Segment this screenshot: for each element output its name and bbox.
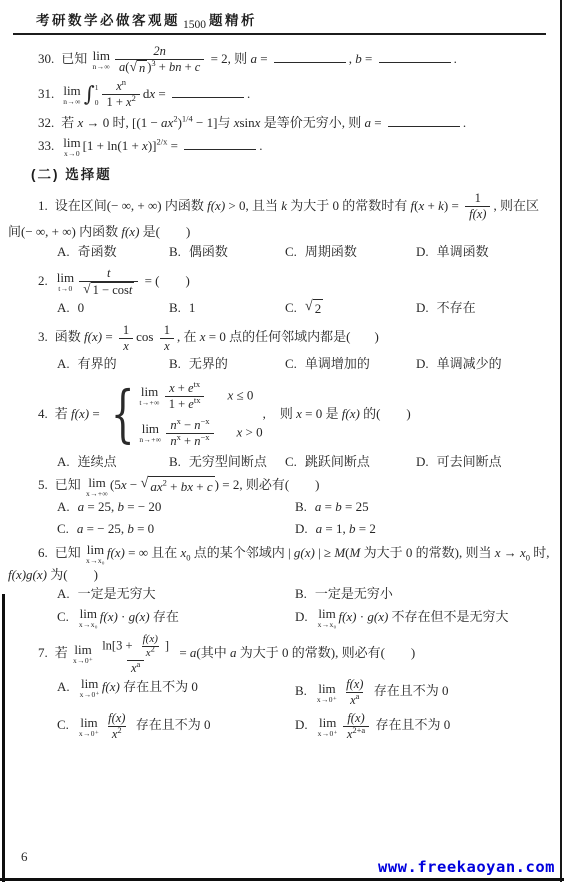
problem-formula: 若 f(x) = {limt→+∞x + etx1 + etxx ≤ 0limn…	[55, 406, 411, 421]
math-text: 1	[475, 191, 481, 205]
math-text: 设在区间(− ∞, + ∞) 内函数	[55, 198, 207, 213]
math-text: 是(	[139, 224, 160, 239]
option-content: a = 1, b = 2	[316, 521, 376, 536]
math-superscript: tx	[194, 394, 201, 404]
math-text: 1	[164, 323, 170, 337]
fraction: nx − n−xnx + n−x	[166, 418, 213, 449]
fraction: 1x	[160, 323, 174, 354]
problem-number: 33.	[38, 138, 54, 153]
math-text: =	[257, 51, 271, 66]
fraction: f(x)x2+a	[343, 711, 369, 742]
problem-number: 3.	[38, 329, 48, 344]
math-text: 存在且不为 0	[120, 679, 198, 694]
fraction-numerator: f(x)	[343, 711, 368, 726]
right-scan-border	[560, 0, 562, 882]
option: A.一定是无穷大	[57, 585, 295, 604]
limit-word: lim	[87, 543, 104, 556]
fraction-numerator: 1	[471, 191, 485, 206]
choice-problems-list: 1.设在区间(− ∞, + ∞) 内函数 f(x) > 0, 且当 k 为大于 …	[0, 191, 556, 742]
math-italic: ax	[161, 115, 173, 130]
math-superscript: 2	[117, 725, 121, 735]
limit-condition: t→0	[58, 285, 72, 293]
option-label: A.	[57, 586, 70, 601]
option-label: B.	[169, 244, 181, 259]
math-text: 已知	[55, 545, 84, 560]
option: A.连续点	[57, 453, 169, 472]
option-label: D.	[295, 717, 308, 732]
math-italic: f(x)	[207, 198, 225, 213]
problem-number: 7.	[38, 645, 48, 660]
fraction-numerator: x + etx	[165, 381, 204, 396]
fraction-denominator: 1 + etx	[165, 396, 205, 412]
math-text: +	[181, 60, 194, 74]
option-label: C.	[57, 521, 69, 536]
math-text: 时,	[530, 545, 550, 560]
math-text: − 1]与	[193, 115, 234, 130]
problem-stem: 4.若 f(x) = {limt→+∞x + etx1 + etxx ≤ 0li…	[8, 378, 550, 452]
math-text: =	[102, 329, 116, 344]
limit-condition: x→x₀	[79, 621, 98, 629]
fill-problem: 33.limx→0[1 + ln(1 + x)]2/x = .	[8, 136, 550, 158]
option-label: D.	[295, 521, 308, 536]
math-text: 为大于 0 的常数), 则必有(	[237, 645, 385, 660]
limit-operator: limx→0⁺	[73, 643, 93, 665]
integral-bounds: 10	[95, 83, 99, 106]
math-text: ]	[165, 638, 169, 652]
option-label: C.	[285, 300, 297, 315]
options-row: A.奇函数B.偶函数C.周期函数D.单调函数	[57, 243, 556, 262]
limit-operator: limn→∞	[93, 49, 111, 71]
choice-problem: 2.limt→0t√1 − cost = ()A.0B.1C.√2D.不存在	[0, 266, 556, 319]
problem-number: 4.	[38, 406, 48, 421]
fill-problems-list: 30.已知 limn→∞2na(√n)3 + bn + c = 2, 则 a =…	[0, 44, 556, 157]
math-text: 不存在但不是无穷大	[388, 609, 508, 624]
cases-brace: {	[111, 388, 135, 441]
math-text: )	[406, 406, 410, 421]
math-italic: f(x)	[469, 207, 486, 221]
math-italic: f(x)	[342, 406, 360, 421]
radicand: 1 − cost	[91, 282, 135, 298]
math-italic: n	[139, 61, 145, 75]
option-content: 偶函数	[189, 244, 228, 259]
limit-word: lim	[141, 385, 158, 398]
math-italic: t	[107, 266, 110, 280]
math-text: .	[454, 51, 457, 66]
option: C.单调增加的	[285, 355, 416, 374]
math-text: → 0 时, [(1 −	[83, 115, 161, 130]
math-text: −	[181, 418, 194, 432]
choice-problem: 6.已知 limx→x₀f(x) = ∞ 且在 x0 点的某个邻域内 | g(x…	[0, 543, 556, 629]
limit-condition: x→0⁺	[80, 691, 100, 699]
option: B.limx→0⁺f(x)xa 存在且不为 0	[295, 677, 556, 708]
math-text: →	[500, 545, 520, 560]
left-scan-border	[2, 594, 5, 882]
option-label: B.	[169, 300, 181, 315]
option-label: B.	[295, 586, 307, 601]
math-text: 跳跃间断点	[305, 454, 370, 469]
math-text: = 0 点的任何邻域内都是(	[206, 329, 351, 344]
math-text: = − 20	[124, 499, 161, 514]
fraction-denominator: a(√n)3 + bn + c	[115, 59, 204, 76]
square-root: √ax2 + bx + c	[141, 476, 215, 497]
math-text: 点的某个邻域内 |	[191, 545, 294, 560]
option: B.无穷型间断点	[169, 453, 285, 472]
option-content: 有界的	[78, 356, 117, 371]
math-text: [1 + ln(1 +	[83, 138, 142, 153]
fraction-numerator: ln[3 + f(x)x2]	[98, 633, 173, 660]
option-content: 无穷型间断点	[189, 454, 267, 469]
option-content: limx→0⁺f(x)x2+a 存在且不为 0	[316, 717, 451, 732]
fraction: f(x)x2	[139, 633, 162, 660]
option: A.a = 25, b = − 20	[57, 498, 295, 517]
option-label: B.	[295, 499, 307, 514]
limit-word: lim	[318, 682, 335, 695]
math-text: 1	[189, 300, 196, 315]
option-content: a = 25, b = − 20	[78, 499, 162, 514]
math-text: 有界的	[78, 356, 117, 371]
option-content: 单调减少的	[437, 356, 502, 371]
math-text: = 25	[342, 499, 369, 514]
math-italic: M	[350, 545, 361, 560]
page-number: 6	[21, 849, 28, 865]
option-content: limx→x₀f(x) · g(x) 存在	[77, 609, 179, 624]
math-italic: g(x)	[367, 609, 388, 624]
option: D.单调减少的	[416, 355, 502, 374]
math-text: 奇函数	[78, 244, 117, 259]
fraction-numerator: 2n	[149, 44, 170, 59]
math-italic: f(x)	[346, 677, 363, 691]
problem-formula: 已知 limx→+∞(5x − √ax2 + bx + c) = 2, 则必有(…	[55, 477, 320, 492]
math-text: 存在且不为 0	[372, 717, 450, 732]
math-text: )	[94, 567, 98, 582]
math-italic: g(x)	[294, 545, 315, 560]
math-italic: f(x)	[102, 679, 120, 694]
limit-condition: x→0⁺	[73, 657, 93, 665]
math-italic: f(x)	[107, 545, 125, 560]
math-text: 若	[61, 115, 77, 130]
option-content: 不存在	[437, 300, 476, 315]
option: D.可去间断点	[416, 453, 502, 472]
option: A.0	[57, 299, 169, 319]
fraction-denominator: f(x)	[465, 206, 490, 222]
math-text: > 0	[242, 424, 262, 439]
option-label: A.	[57, 679, 70, 694]
answer-blank	[379, 51, 451, 63]
options-row: A.limx→0⁺f(x) 存在且不为 0B.limx→0⁺f(x)xa 存在且…	[57, 677, 556, 742]
limit-word: lim	[319, 716, 336, 729]
option-label: D.	[295, 609, 308, 624]
bottom-scan-border	[0, 878, 564, 881]
math-text: = 0 是	[302, 406, 342, 421]
limit-operator: limx→0⁺	[317, 682, 337, 704]
math-text: ln[3 +	[102, 638, 135, 652]
integral-lower: 0	[95, 99, 99, 107]
fraction: xn1 + x2	[102, 79, 139, 110]
option-content: a = − 25, b = 0	[77, 521, 154, 536]
limit-condition: x→x₀	[318, 621, 337, 629]
choice-problem: 4.若 f(x) = {limt→+∞x + etx1 + etxx ≤ 0li…	[0, 378, 556, 472]
math-text: +	[167, 479, 181, 494]
math-text: > 0, 且当	[225, 198, 281, 213]
math-text: 存在	[150, 609, 179, 624]
piecewise-cases: {limt→+∞x + etx1 + etxx ≤ 0limn→+∞nx − n…	[103, 378, 263, 452]
problem-number: 6.	[38, 545, 48, 560]
fraction-denominator: xa	[127, 660, 144, 676]
math-text: .	[463, 115, 466, 130]
math-text: 函数	[55, 329, 84, 344]
problem-number: 1.	[38, 198, 48, 213]
option-label: B.	[169, 454, 181, 469]
option-label: C.	[57, 609, 69, 624]
math-text: ,	[263, 406, 266, 421]
limit-condition: n→+∞	[139, 436, 161, 444]
option-content: √2	[305, 300, 323, 315]
choice-problem: 5.已知 limx→+∞(5x − √ax2 + bx + c) = 2, 则必…	[0, 475, 556, 538]
math-superscript: tx	[194, 378, 201, 388]
math-text: , 在	[177, 329, 200, 344]
fraction-denominator: x	[119, 338, 133, 354]
problem-formula: limx→0[1 + ln(1 + x)]2/x = .	[61, 138, 262, 153]
math-text: 连续点	[78, 454, 117, 469]
math-text: = (	[141, 273, 159, 288]
limit-condition: n→∞	[93, 63, 111, 71]
problem-number: 30.	[38, 51, 54, 66]
math-text: )	[186, 273, 190, 288]
problem-stem: 5.已知 limx→+∞(5x − √ax2 + bx + c) = 2, 则必…	[8, 475, 550, 497]
math-text: = 1,	[322, 521, 349, 536]
math-text: 1 +	[169, 397, 189, 411]
radical-sign: √	[141, 476, 149, 491]
fraction-numerator: t	[103, 266, 114, 281]
fill-problem: 30.已知 limn→∞2na(√n)3 + bn + c = 2, 则 a =…	[8, 44, 550, 76]
fraction: x + etx1 + etx	[165, 381, 205, 412]
math-text: = 2, 则	[207, 51, 250, 66]
option: C.limx→0⁺f(x)x2 存在且不为 0	[57, 711, 295, 742]
limit-word: lim	[63, 136, 80, 149]
option: C.周期函数	[285, 243, 416, 262]
math-text: 已知	[55, 477, 84, 492]
math-text: +	[193, 479, 207, 494]
fraction-denominator: √1 − cost	[79, 281, 138, 298]
math-italic: f(x)	[71, 406, 89, 421]
cases-column: limt→+∞x + etx1 + etxx ≤ 0limn→+∞nx − n−…	[137, 378, 262, 452]
math-italic: f(x)	[347, 711, 364, 725]
fraction: ln[3 + f(x)x2]xa	[98, 633, 173, 676]
math-italic: f(x)	[338, 609, 356, 624]
math-text: | ≥	[315, 545, 335, 560]
limit-condition: x→+∞	[86, 490, 108, 498]
limit-operator: limx→+∞	[86, 476, 108, 498]
fill-problem: 32.若 x → 0 时, [(1 − ax2)1/4 − 1]与 xsinx …	[8, 113, 550, 133]
limit-word: lim	[93, 49, 110, 62]
problem-formula: 函数 f(x) = 1xcos 1x, 在 x = 0 点的任何邻域内都是()	[55, 329, 379, 344]
radical-sign: √	[305, 299, 313, 314]
option-label: D.	[416, 356, 429, 371]
problem-number: 32.	[38, 115, 54, 130]
option: B.无界的	[169, 355, 285, 374]
math-italic: 2n	[153, 44, 166, 58]
limit-condition: x→0⁺	[317, 696, 337, 704]
option-label: D.	[416, 244, 429, 259]
math-superscript: 2+a	[352, 725, 365, 735]
math-text: ·	[118, 609, 129, 624]
problem-number: 2.	[38, 273, 48, 288]
math-italic: c	[207, 479, 213, 494]
math-text: 的(	[360, 406, 381, 421]
limit-operator: limx→0⁺	[79, 716, 99, 738]
math-text: 若	[55, 645, 71, 660]
math-text: sin	[240, 115, 255, 130]
fraction: 2na(√n)3 + bn + c	[115, 44, 204, 76]
option-content: 奇函数	[78, 244, 117, 259]
radicand: n	[137, 60, 147, 76]
fraction-denominator: x2	[108, 726, 126, 742]
math-italic: x	[164, 339, 170, 353]
answer-blank	[388, 115, 460, 127]
square-root: √n	[129, 60, 147, 76]
math-text: 为(	[47, 567, 68, 582]
option-label: C.	[57, 717, 69, 732]
math-text: 1	[123, 323, 129, 337]
fraction-numerator: xn	[112, 79, 130, 94]
math-text: 0	[78, 300, 85, 315]
math-text: )	[374, 329, 378, 344]
math-text: 周期函数	[305, 244, 357, 259]
option-label: D.	[416, 454, 429, 469]
math-text: −	[127, 477, 141, 492]
option-content: 一定是无穷大	[78, 586, 156, 601]
limit-operator: limn→+∞	[139, 422, 161, 444]
header-title-right: 题精析	[209, 9, 257, 29]
math-text: +	[424, 198, 438, 213]
math-italic: f(x)	[84, 329, 102, 344]
math-text: = ∞ 且在	[125, 545, 181, 560]
fill-problem: 31.limn→∞∫10xn1 + x2dx = .	[8, 79, 550, 110]
answer-blank	[184, 138, 256, 150]
math-text: =	[155, 86, 169, 101]
math-superscript: a	[356, 691, 360, 701]
problem-formula: limn→∞∫10xn1 + x2dx = .	[61, 86, 250, 101]
math-superscript: −x	[200, 431, 209, 441]
math-text: .	[247, 86, 250, 101]
math-text: 2	[315, 301, 322, 316]
radicand: ax2 + bx + c	[148, 476, 214, 497]
math-text: 若	[55, 406, 71, 421]
limit-condition: x→x₀	[86, 557, 105, 565]
fraction: 1x	[119, 323, 133, 354]
option: B.a = b = 25	[295, 498, 556, 517]
limit-word: lim	[318, 607, 335, 620]
math-text: = 2	[355, 521, 375, 536]
limit-condition: x→0	[64, 150, 80, 158]
option-label: A.	[57, 300, 70, 315]
math-text: 是等价无穷小, 则	[260, 115, 364, 130]
fraction-denominator: nx + n−x	[166, 433, 213, 449]
option-content: 无界的	[189, 356, 228, 371]
math-text: +	[181, 434, 194, 448]
option-content: 周期函数	[305, 244, 357, 259]
cases-row: limn→+∞nx − n−xnx + n−xx > 0	[137, 418, 262, 449]
math-text: 不存在	[437, 300, 476, 315]
math-text: cos	[136, 329, 157, 344]
problem-formula: 若 x → 0 时, [(1 − ax2)1/4 − 1]与 xsinx 是等价…	[61, 115, 466, 130]
math-text: =	[362, 51, 376, 66]
limit-condition: x→0⁺	[318, 730, 338, 738]
math-text: = 0	[134, 521, 154, 536]
header-title-left: 考研数学必做客观题	[36, 9, 180, 29]
math-italic: f(x)g(x)	[8, 567, 47, 582]
fraction: f(x)x2	[104, 711, 129, 742]
option-label: A.	[57, 454, 70, 469]
math-text: (其中	[196, 645, 230, 660]
math-text: 一定是无穷小	[315, 586, 393, 601]
math-italic: f(x)	[100, 609, 118, 624]
limit-word: lim	[74, 643, 91, 656]
math-superscript: 2	[151, 643, 155, 653]
math-italic: ax	[150, 479, 162, 494]
problem-number: 31.	[38, 86, 54, 101]
options-row: A.有界的B.无界的C.单调增加的D.单调减少的	[57, 355, 556, 374]
fraction-numerator: 1	[119, 323, 133, 338]
math-text: =	[371, 115, 385, 130]
header-rule	[13, 33, 546, 35]
limit-word: lim	[81, 677, 98, 690]
math-text: = − 25,	[83, 521, 127, 536]
math-superscript: 2/x	[156, 136, 167, 146]
option-label: C.	[285, 454, 297, 469]
option-label: A.	[57, 244, 70, 259]
math-text: .	[259, 138, 262, 153]
option-content: 连续点	[78, 454, 117, 469]
math-italic: f(x)	[121, 224, 139, 239]
option-content: 单调函数	[437, 244, 489, 259]
math-text: 为大于 0 的常数时有	[287, 198, 411, 213]
math-superscript: 2	[132, 93, 136, 103]
math-text: 可去间断点	[437, 454, 502, 469]
option: C.limx→x₀f(x) · g(x) 存在	[57, 607, 295, 629]
math-text: 无界的	[189, 356, 228, 371]
math-text: 单调减少的	[437, 356, 502, 371]
option: C.√2	[285, 299, 416, 319]
option-content: 跳跃间断点	[305, 454, 370, 469]
option: C.跳跃间断点	[285, 453, 416, 472]
page-header-title: 考研数学必做客观题 1500 题精析	[36, 9, 257, 29]
option-label: B.	[169, 356, 181, 371]
limit-operator: limn→∞	[63, 84, 81, 106]
option: C.a = − 25, b = 0	[57, 520, 295, 539]
option-label: D.	[416, 300, 429, 315]
limit-word: lim	[57, 271, 74, 284]
problem-stem: 6.已知 limx→x₀f(x) = ∞ 且在 x0 点的某个邻域内 | g(x…	[8, 543, 550, 584]
math-text: 单调函数	[437, 244, 489, 259]
math-italic: g(x)	[129, 609, 150, 624]
limit-word: lim	[88, 476, 105, 489]
option: A.奇函数	[57, 243, 169, 262]
option: D.单调函数	[416, 243, 489, 262]
math-text: 已知	[61, 51, 90, 66]
math-text: 一定是无穷大	[78, 586, 156, 601]
answer-blank	[274, 51, 346, 63]
limit-operator: limx→x₀	[86, 543, 105, 565]
limit-word: lim	[80, 607, 97, 620]
choice-problem: 7.若 limx→0⁺ln[3 + f(x)x2]xa = a(其中 a 为大于…	[0, 633, 556, 742]
option-content: limx→0⁺f(x)x2 存在且不为 0	[77, 717, 211, 732]
header-title-number: 1500	[183, 19, 206, 31]
fraction-numerator: f(x)	[104, 711, 129, 726]
math-text: (5	[110, 477, 121, 492]
option-content: 单调增加的	[305, 356, 370, 371]
option-content: a = b = 25	[315, 499, 369, 514]
